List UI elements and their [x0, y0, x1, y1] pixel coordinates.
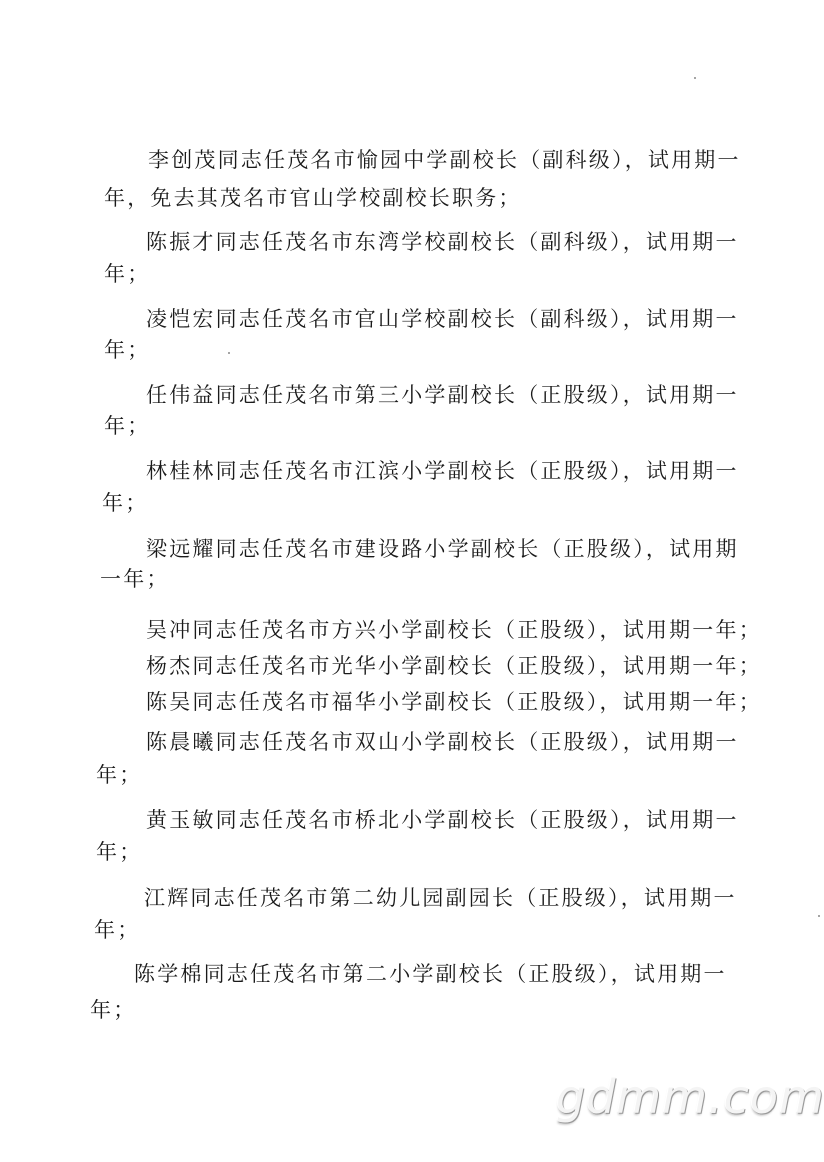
paragraph-13-line-1: 陈学棉同志任茂名市第二小学副校长（正股级），试用期一	[134, 962, 727, 986]
paragraph-12-line-1: 江辉同志任茂名市第二幼儿园副园长（正股级），试用期一	[144, 886, 737, 910]
paragraph-10-line-2: 年；	[96, 763, 142, 787]
paragraph-3-line-1: 凌恺宏同志任茂名市官山学校副校长（副科级），试用期一	[146, 307, 739, 331]
paragraph-4-line-2: 年；	[104, 414, 150, 438]
paragraph-1-line-2: 年，免去其茂名市官山学校副校长职务；	[104, 186, 522, 210]
scan-speck	[228, 352, 230, 354]
paragraph-2-line-1: 陈振才同志任茂名市东湾学校副校长（副科级），试用期一	[146, 230, 739, 254]
paragraph-3-line-2: 年；	[104, 338, 150, 362]
paragraph-7: 吴冲同志任茂名市方兴小学副校长（正股级），试用期一年；	[146, 618, 762, 642]
paragraph-5-line-2: 年；	[102, 491, 148, 515]
scan-speck	[694, 77, 696, 79]
paragraph-6-line-1: 梁远耀同志任茂名市建设路小学副校长（正股级），试用期	[146, 537, 739, 561]
paragraph-9: 陈吴同志任茂名市福华小学副校长（正股级），试用期一年；	[146, 690, 762, 714]
scan-speck	[818, 915, 820, 917]
paragraph-10-line-1: 陈晨曦同志任茂名市双山小学副校长（正股级），试用期一	[146, 730, 739, 754]
watermark: gdmm.com	[556, 1070, 824, 1124]
paragraph-12-line-2: 年；	[94, 918, 140, 942]
paragraph-8: 杨杰同志任茂名市光华小学副校长（正股级），试用期一年；	[146, 654, 762, 678]
paragraph-13-line-2: 年；	[90, 998, 136, 1022]
paragraph-1-line-1: 李创茂同志任茂名市愉园中学副校长（副科级），试用期一	[148, 148, 741, 172]
paragraph-11-line-2: 年；	[96, 840, 142, 864]
paragraph-5-line-1: 林桂林同志任茂名市江滨小学副校长（正股级），试用期一	[146, 459, 739, 483]
paragraph-2-line-2: 年；	[104, 262, 150, 286]
paragraph-4-line-1: 任伟益同志任茂名市第三小学副校长（正股级），试用期一	[146, 383, 739, 407]
paragraph-11-line-1: 黄玉敏同志任茂名市桥北小学副校长（正股级），试用期一	[146, 808, 739, 832]
paragraph-6-line-2: 一年；	[100, 567, 170, 591]
